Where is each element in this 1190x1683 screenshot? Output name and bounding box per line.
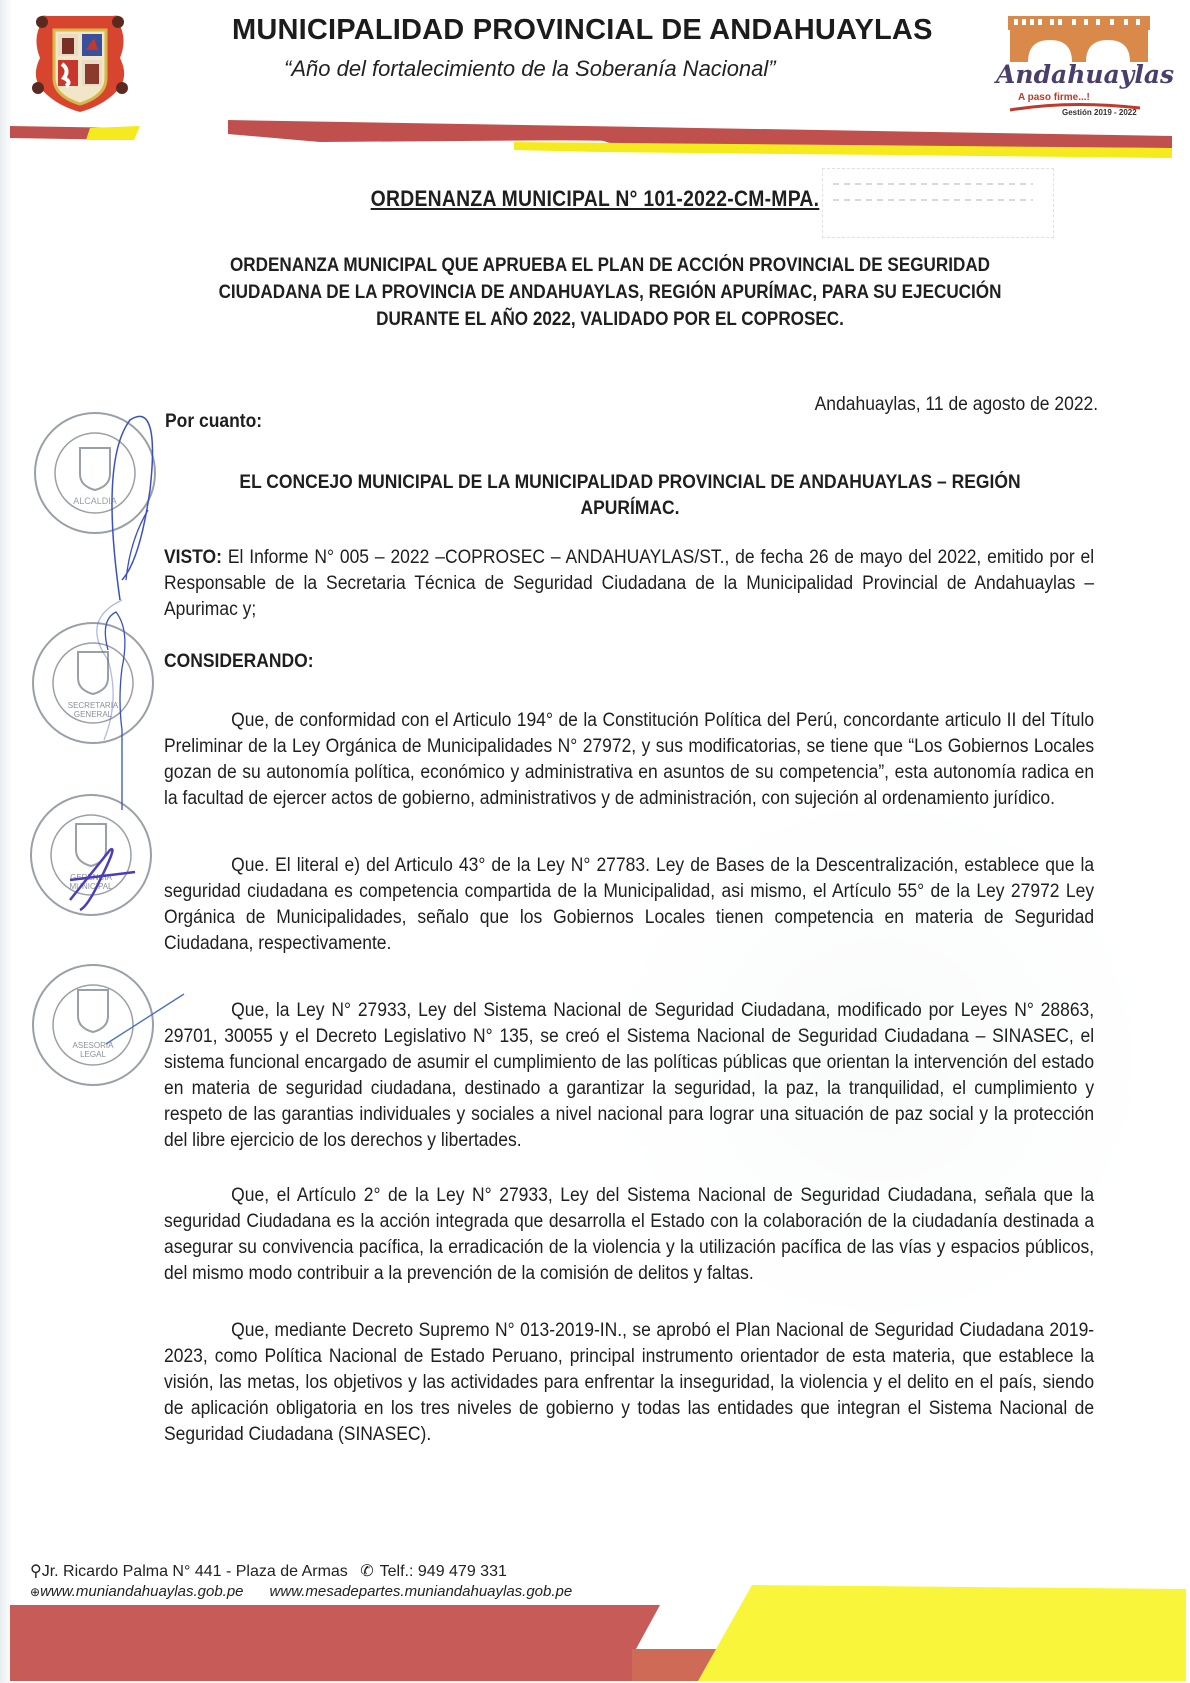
paragraph: Que, el Artículo 2° de la Ley N° 27933, … xyxy=(164,1183,1094,1287)
check-mark-icon xyxy=(100,990,190,1050)
subtitle-line: CIUDADANA DE LA PROVINCIA DE ANDAHUAYLAS… xyxy=(214,279,1006,306)
council-heading: EL CONCEJO MUNICIPAL DE LA MUNICIPALIDAD… xyxy=(225,470,1035,522)
paragraph: Que, de conformidad con el Articulo 194°… xyxy=(164,708,1094,812)
document-date: Andahuaylas, 11 de agosto de 2022. xyxy=(815,394,1098,416)
header-color-band xyxy=(0,110,1190,160)
subtitle-line: ORDENANZA MUNICIPAL QUE APRUEBA EL PLAN … xyxy=(214,252,1006,279)
council-line: APURÍMAC. xyxy=(225,496,1035,522)
brand-name: Andahuaylas xyxy=(996,60,1174,89)
svg-text:LEGAL: LEGAL xyxy=(80,1050,106,1059)
council-line: EL CONCEJO MUNICIPAL DE LA MUNICIPALIDAD… xyxy=(225,470,1035,496)
ordinance-number: ORDENANZA MUNICIPAL N° 101-2022-CM-MPA. xyxy=(71,186,1118,212)
visto-paragraph: VISTO: El Informe N° 005 – 2022 –COPROSE… xyxy=(164,545,1094,623)
paragraph: Que, mediante Decreto Supremo N° 013-201… xyxy=(164,1318,1094,1448)
municipality-title: MUNICIPALIDAD PROVINCIAL DE ANDAHUAYLAS xyxy=(232,14,933,47)
footer-color-band xyxy=(0,1575,1190,1683)
ordinance-subtitle: ORDENANZA MUNICIPAL QUE APRUEBA EL PLAN … xyxy=(214,252,1006,333)
coat-of-arms-icon xyxy=(28,8,132,116)
paragraph: Que, la Ley N° 27933, Ley del Sistema Na… xyxy=(164,998,1094,1154)
paragraph: Que. El literal e) del Articulo 43° de l… xyxy=(164,853,1094,957)
brand-tagline: A paso firme...! xyxy=(1018,92,1090,103)
initials-signature-icon xyxy=(60,840,140,920)
visto-text: El Informe N° 005 – 2022 –COPROSEC – AND… xyxy=(164,547,1094,620)
subtitle-line: DURANTE EL AÑO 2022, VALIDADO POR EL COP… xyxy=(214,306,1006,333)
considerando-heading: CONSIDERANDO: xyxy=(164,651,314,673)
scan-edge xyxy=(0,0,12,1683)
signature-icon xyxy=(60,400,180,850)
document-page: MUNICIPALIDAD PROVINCIAL DE ANDAHUAYLAS … xyxy=(0,0,1190,1683)
year-motto: “Año del fortalecimiento de la Soberanía… xyxy=(284,56,776,82)
